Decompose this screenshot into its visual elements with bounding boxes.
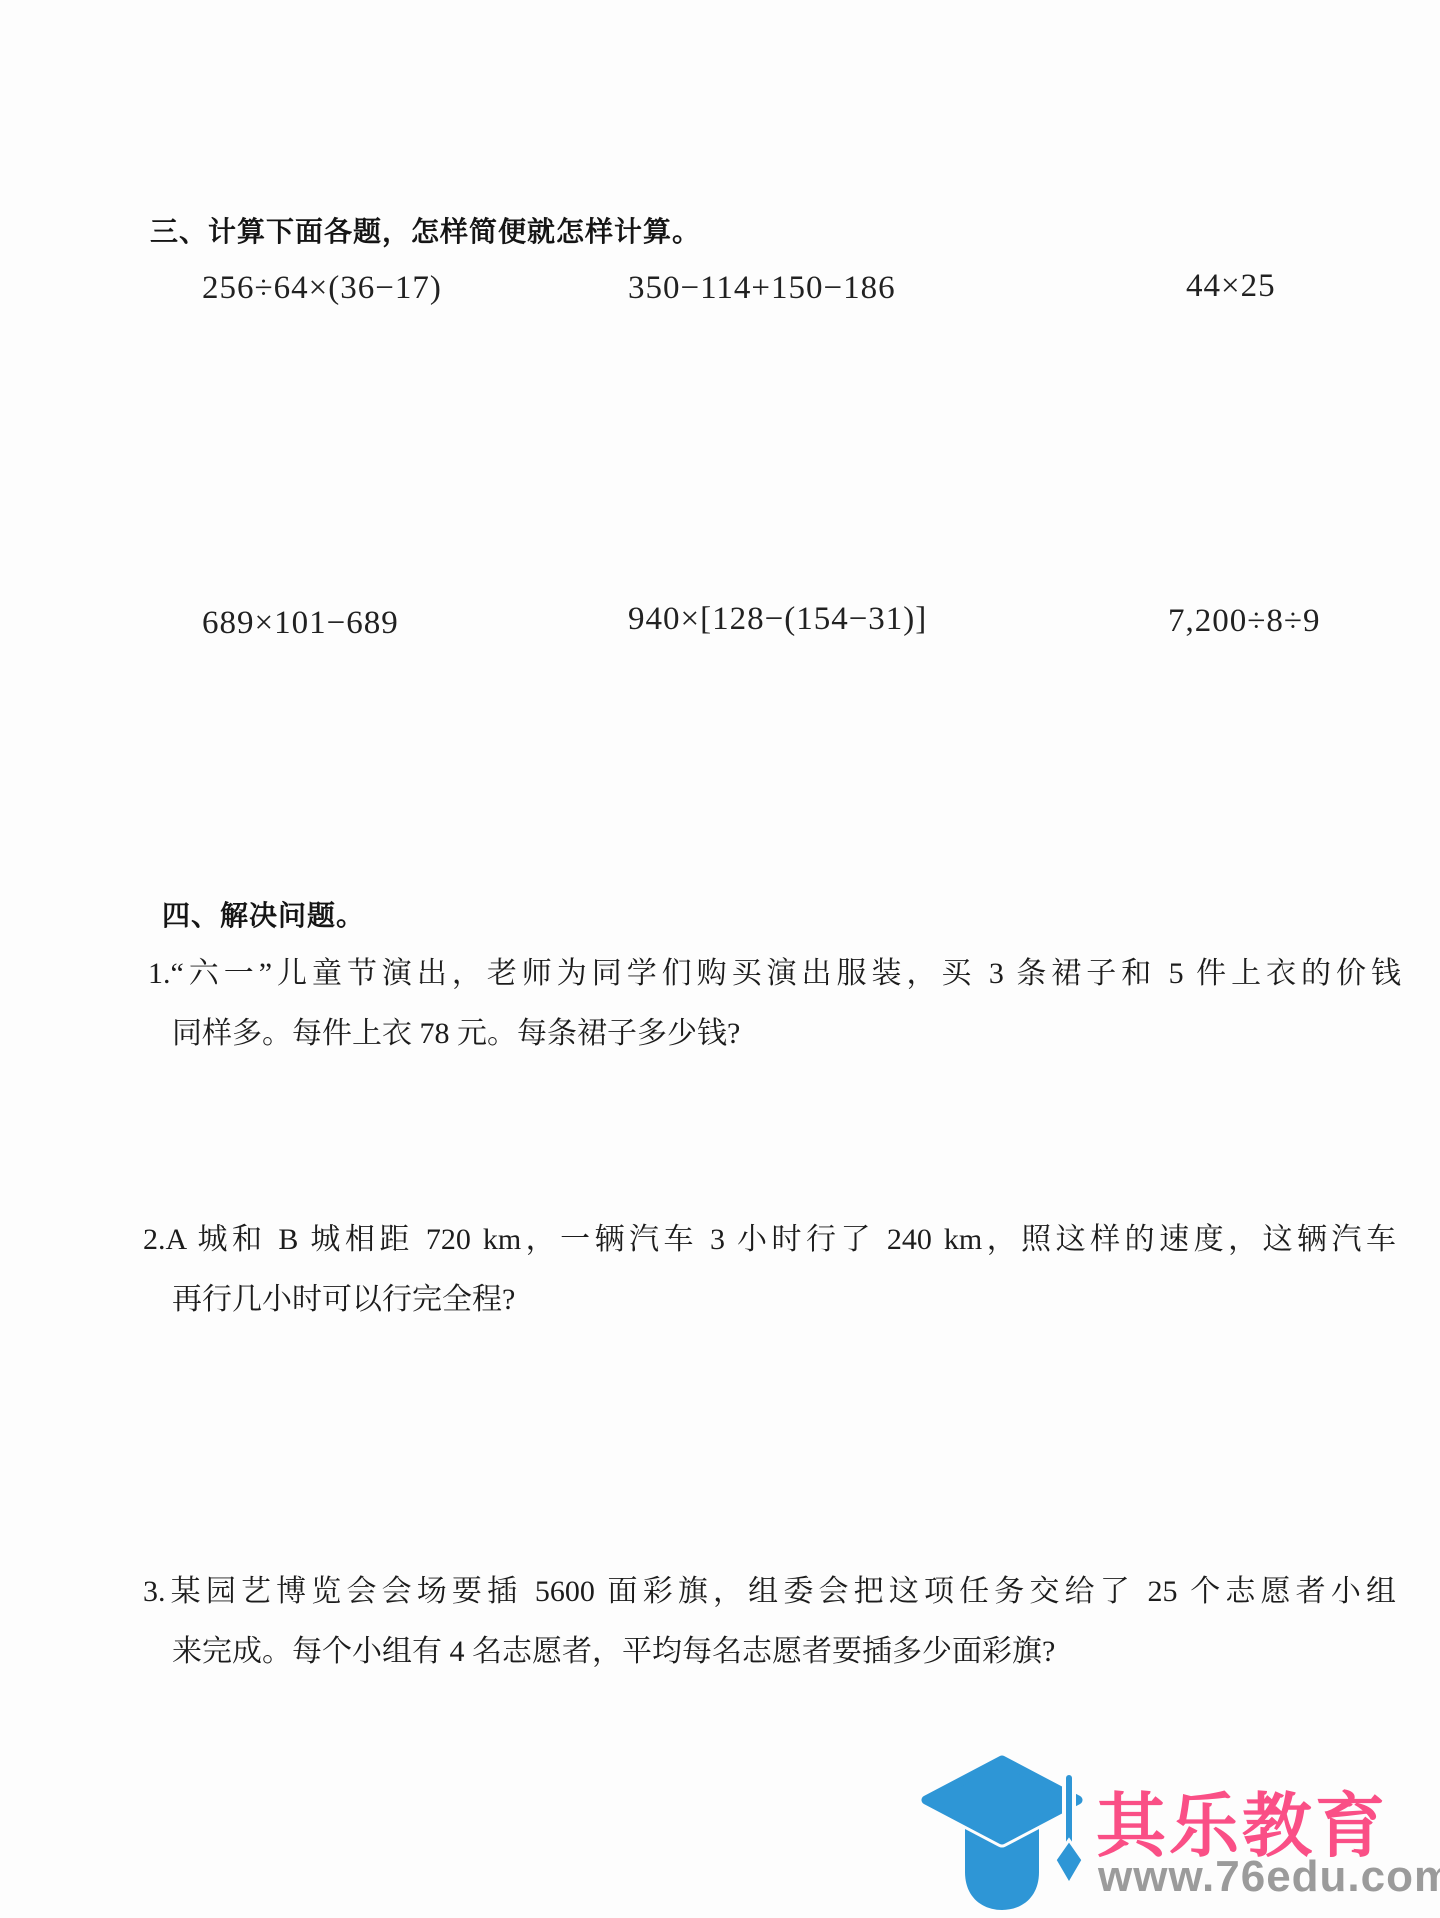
worksheet-page: 三、计算下面各题，怎样简便就怎样计算。 256÷64×(36−17) 350−1… [0, 0, 1440, 1918]
publisher-logo: 其乐教育 www.76edu.com [912, 1750, 1412, 1918]
problem-3-line-1: 3.某园艺博览会会场要插 5600 面彩旗，组委会把这项任务交给了 25 个志愿… [143, 1566, 1396, 1610]
calc-expression-6: 7,200÷8÷9 [1168, 603, 1320, 640]
section-problems-heading: 四、解决问题。 [162, 894, 365, 934]
calc-expression-5: 940×[128−(154−31)] [628, 601, 927, 638]
problem-3-line-2: 来完成。每个小组有 4 名志愿者，平均每名志愿者要插多少面彩旗? [172, 1626, 1055, 1670]
section-calc-heading: 三、计算下面各题，怎样简便就怎样计算。 [150, 210, 701, 250]
publisher-website-url: www.76edu.com [1098, 1852, 1440, 1902]
graduation-cap-icon [912, 1750, 1094, 1918]
calc-expression-4: 689×101−689 [202, 605, 399, 642]
problem-2-line-2: 再行几小时可以行完全程? [172, 1274, 515, 1318]
calc-expression-1: 256÷64×(36−17) [202, 270, 442, 307]
problem-1-line-1: 1.“六一”儿童节演出，老师为同学们购买演出服装，买 3 条裙子和 5 件上衣的… [148, 948, 1401, 992]
problem-2-line-1: 2.A 城和 B 城相距 720 km，一辆汽车 3 小时行了 240 km，照… [143, 1214, 1396, 1258]
calc-expression-3: 44×25 [1186, 268, 1276, 305]
calc-expression-2: 350−114+150−186 [628, 270, 896, 307]
problem-1-line-2: 同样多。每件上衣 78 元。每条裙子多少钱? [172, 1008, 740, 1052]
